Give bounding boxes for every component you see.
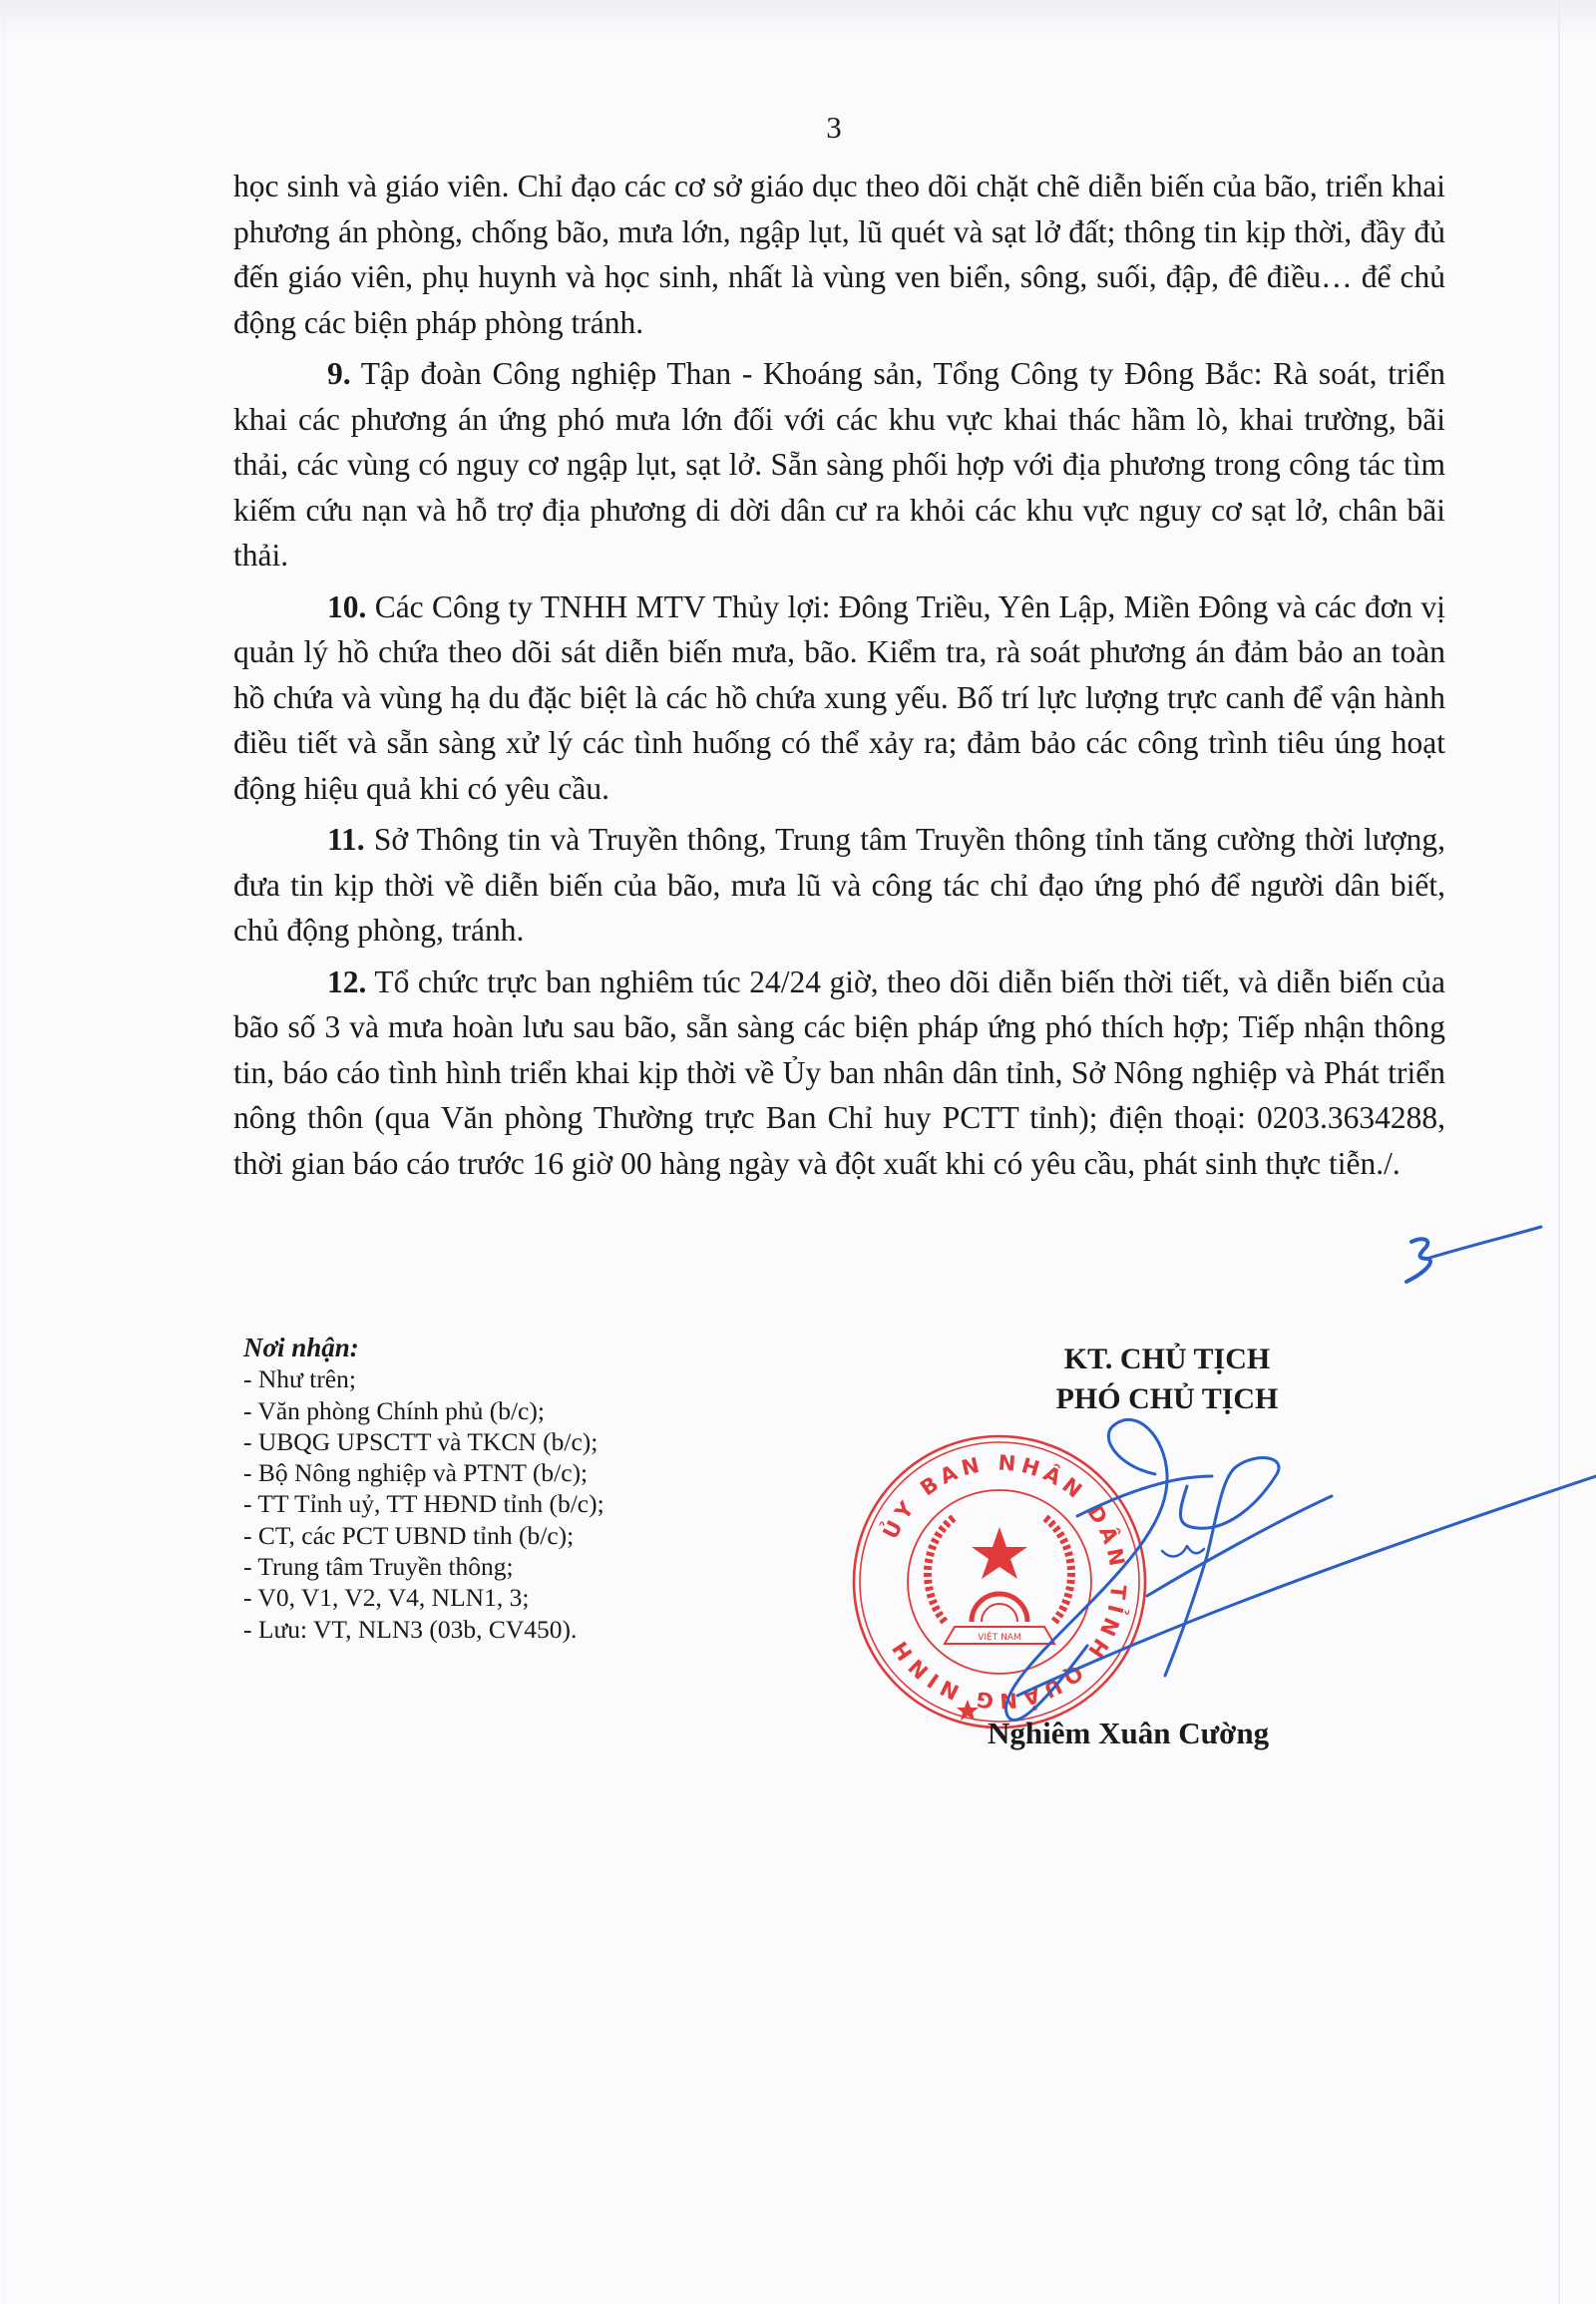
- item-number: 12.: [327, 964, 366, 999]
- recipient-item: - V0, V1, V2, V4, NLN1, 3;: [243, 1582, 604, 1613]
- paragraph-continuation: học sinh và giáo viên. Chỉ đạo các cơ sở…: [233, 164, 1445, 345]
- recipients-block: Nơi nhận: - Như trên; - Văn phòng Chính …: [243, 1333, 604, 1645]
- paragraph-item-9: 9. Tập đoàn Công nghiệp Than - Khoáng sả…: [233, 351, 1445, 578]
- paragraph-item-11: 11. Sở Thông tin và Truyền thông, Trung …: [233, 817, 1445, 954]
- recipients-list: - Như trên; - Văn phòng Chính phủ (b/c);…: [243, 1363, 604, 1645]
- scan-shading: [0, 0, 1596, 40]
- item-number: 10.: [327, 589, 366, 624]
- item-number: 11.: [327, 822, 365, 857]
- item-text: Sở Thông tin và Truyền thông, Trung tâm …: [233, 822, 1445, 948]
- signature-title-line1: KT. CHỦ TỊCH: [958, 1340, 1377, 1379]
- recipient-item: - Lưu: VT, NLN3 (03b, CV450).: [243, 1614, 604, 1645]
- item-number: 9.: [327, 356, 351, 391]
- item-text: Tổ chức trực ban nghiêm túc 24/24 giờ, t…: [233, 964, 1445, 1181]
- paragraph-item-10: 10. Các Công ty TNHH MTV Thủy lợi: Đông …: [233, 584, 1445, 812]
- recipients-title: Nơi nhận:: [243, 1333, 604, 1363]
- official-seal-icon: ỦY BAN NHÂN DÂN TỈNH QUẢNG NINH VIỆT NAM: [850, 1432, 1149, 1731]
- signature-title-block: KT. CHỦ TỊCH PHÓ CHỦ TỊCH: [958, 1340, 1377, 1419]
- scan-edge: [1558, 0, 1560, 2304]
- signer-name: Nghiêm Xuân Cường: [988, 1714, 1269, 1753]
- recipient-item: - CT, các PCT UBND tỉnh (b/c);: [243, 1520, 604, 1551]
- item-text: Tập đoàn Công nghiệp Than - Khoáng sản, …: [233, 356, 1445, 573]
- page-number: 3: [0, 108, 1596, 148]
- scan-edge: [4, 0, 5, 2304]
- seal-emblem-text: VIỆT NAM: [978, 1631, 1021, 1643]
- recipient-item: - Bộ Nông nghiệp và PTNT (b/c);: [243, 1457, 604, 1488]
- paragraph-item-12: 12. Tổ chức trực ban nghiêm túc 24/24 gi…: [233, 960, 1445, 1187]
- document-body: học sinh và giáo viên. Chỉ đạo các cơ sở…: [233, 164, 1445, 1192]
- item-text: Các Công ty TNHH MTV Thủy lợi: Đông Triề…: [233, 589, 1445, 806]
- recipient-item: - UBQG UPSCTT và TKCN (b/c);: [243, 1426, 604, 1457]
- signature-title-line2: PHÓ CHỦ TỊCH: [958, 1379, 1377, 1419]
- recipient-item: - Văn phòng Chính phủ (b/c);: [243, 1395, 604, 1426]
- recipient-item: - TT Tỉnh uỷ, TT HĐND tỉnh (b/c);: [243, 1488, 604, 1519]
- recipient-item: - Như trên;: [243, 1363, 604, 1394]
- recipient-item: - Trung tâm Truyền thông;: [243, 1551, 604, 1582]
